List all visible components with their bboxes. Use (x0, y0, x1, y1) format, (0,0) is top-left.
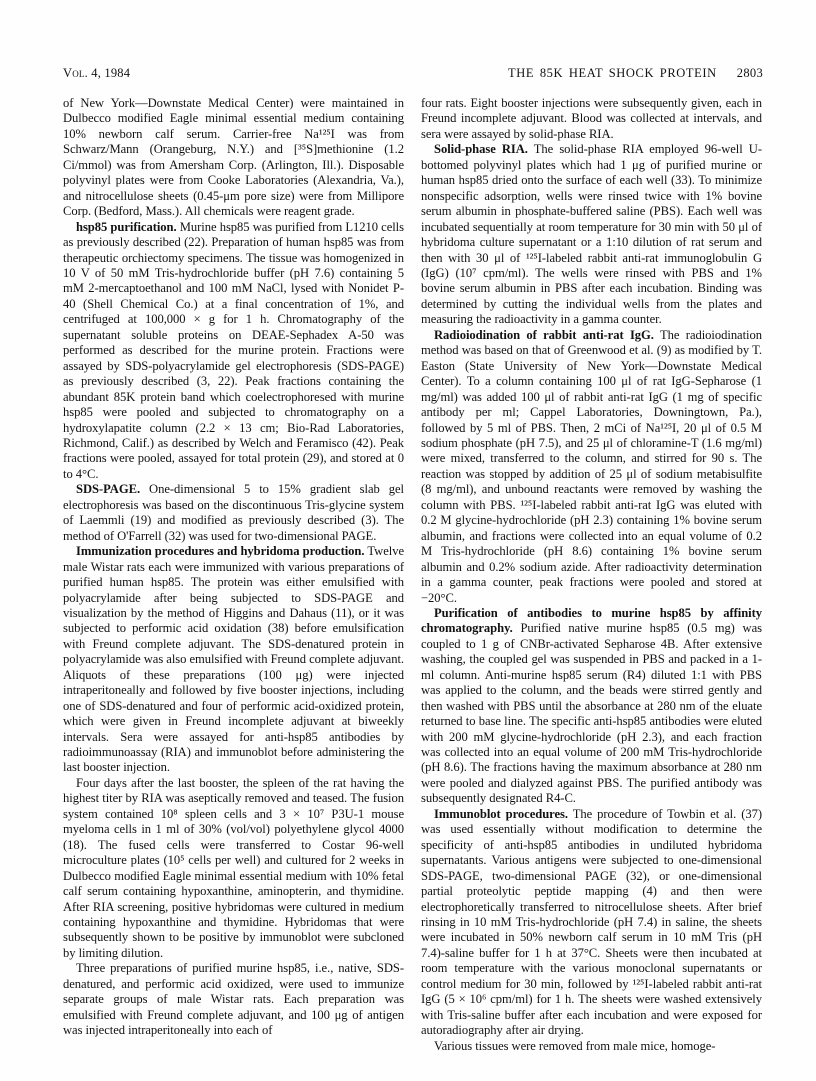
right-column: four rats. Eight booster injections were… (421, 96, 762, 1054)
running-title: THE 85K HEAT SHOCK PROTEIN (508, 66, 717, 81)
paragraph-text: The radioiodination method was based on … (421, 328, 762, 605)
section-lead: Immunization procedures and hybridoma pr… (76, 544, 364, 558)
paragraph-solid-phase-ria: Solid-phase RIA. The solid-phase RIA emp… (421, 142, 762, 327)
paragraph-various-tissues: Various tissues were removed from male m… (421, 1039, 762, 1054)
paragraph-radioiodination: Radioiodination of rabbit anti-rat IgG. … (421, 328, 762, 606)
running-header: Vol. 4, 1984 THE 85K HEAT SHOCK PROTEIN … (63, 66, 763, 81)
paragraph-immunization: Immunization procedures and hybridoma pr… (63, 544, 404, 776)
paragraph-text: Murine hsp85 was purified from L1210 cel… (63, 220, 404, 481)
paragraph-immunoblot: Immunoblot procedures. The procedure of … (421, 807, 762, 1039)
paragraph-continuation: four rats. Eight booster injections were… (421, 96, 762, 142)
section-lead: hsp85 purification. (76, 220, 177, 234)
page-number: 2803 (737, 66, 763, 81)
text-columns: of New York—Downstate Medical Center) we… (63, 96, 763, 1054)
section-lead: Immunoblot procedures. (434, 807, 568, 821)
paragraph-text: Twelve male Wistar rats each were immuni… (63, 544, 404, 774)
paragraph-text: Purified native murine hsp85 (0.5 mg) wa… (421, 621, 762, 805)
paragraph-sds-page: SDS-PAGE. One-dimensional 5 to 15% gradi… (63, 482, 404, 544)
paragraph-text: Three preparations of purified murine hs… (63, 961, 404, 1037)
paragraph-fusion: Four days after the last booster, the sp… (63, 776, 404, 961)
paragraph-hsp85-purification: hsp85 purification. Murine hsp85 was pur… (63, 220, 404, 483)
section-lead: Solid-phase RIA. (434, 142, 528, 156)
paragraph-text: Various tissues were removed from male m… (434, 1039, 715, 1053)
paragraph-text: The solid-phase RIA employed 96-well U-b… (421, 142, 762, 326)
paragraph-three-preparations: Three preparations of purified murine hs… (63, 961, 404, 1038)
running-header-right: THE 85K HEAT SHOCK PROTEIN 2803 (508, 66, 763, 81)
paragraph-text: of New York—Downstate Medical Center) we… (63, 96, 404, 218)
paragraph-affinity-chromatography: Purification of antibodies to murine hsp… (421, 606, 762, 807)
left-column: of New York—Downstate Medical Center) we… (63, 96, 404, 1054)
scan-artifact-dot (543, 1045, 545, 1047)
paragraph-continuation: of New York—Downstate Medical Center) we… (63, 96, 404, 220)
journal-page: Vol. 4, 1984 THE 85K HEAT SHOCK PROTEIN … (0, 0, 816, 1081)
volume-date: Vol. 4, 1984 (63, 66, 130, 81)
paragraph-text: Four days after the last booster, the sp… (63, 776, 404, 960)
paragraph-text: four rats. Eight booster injections were… (421, 96, 762, 141)
section-lead: SDS-PAGE. (76, 482, 140, 496)
section-lead: Radioiodination of rabbit anti-rat IgG. (434, 328, 654, 342)
paragraph-text: The procedure of Towbin et al. (37) was … (421, 807, 762, 1037)
